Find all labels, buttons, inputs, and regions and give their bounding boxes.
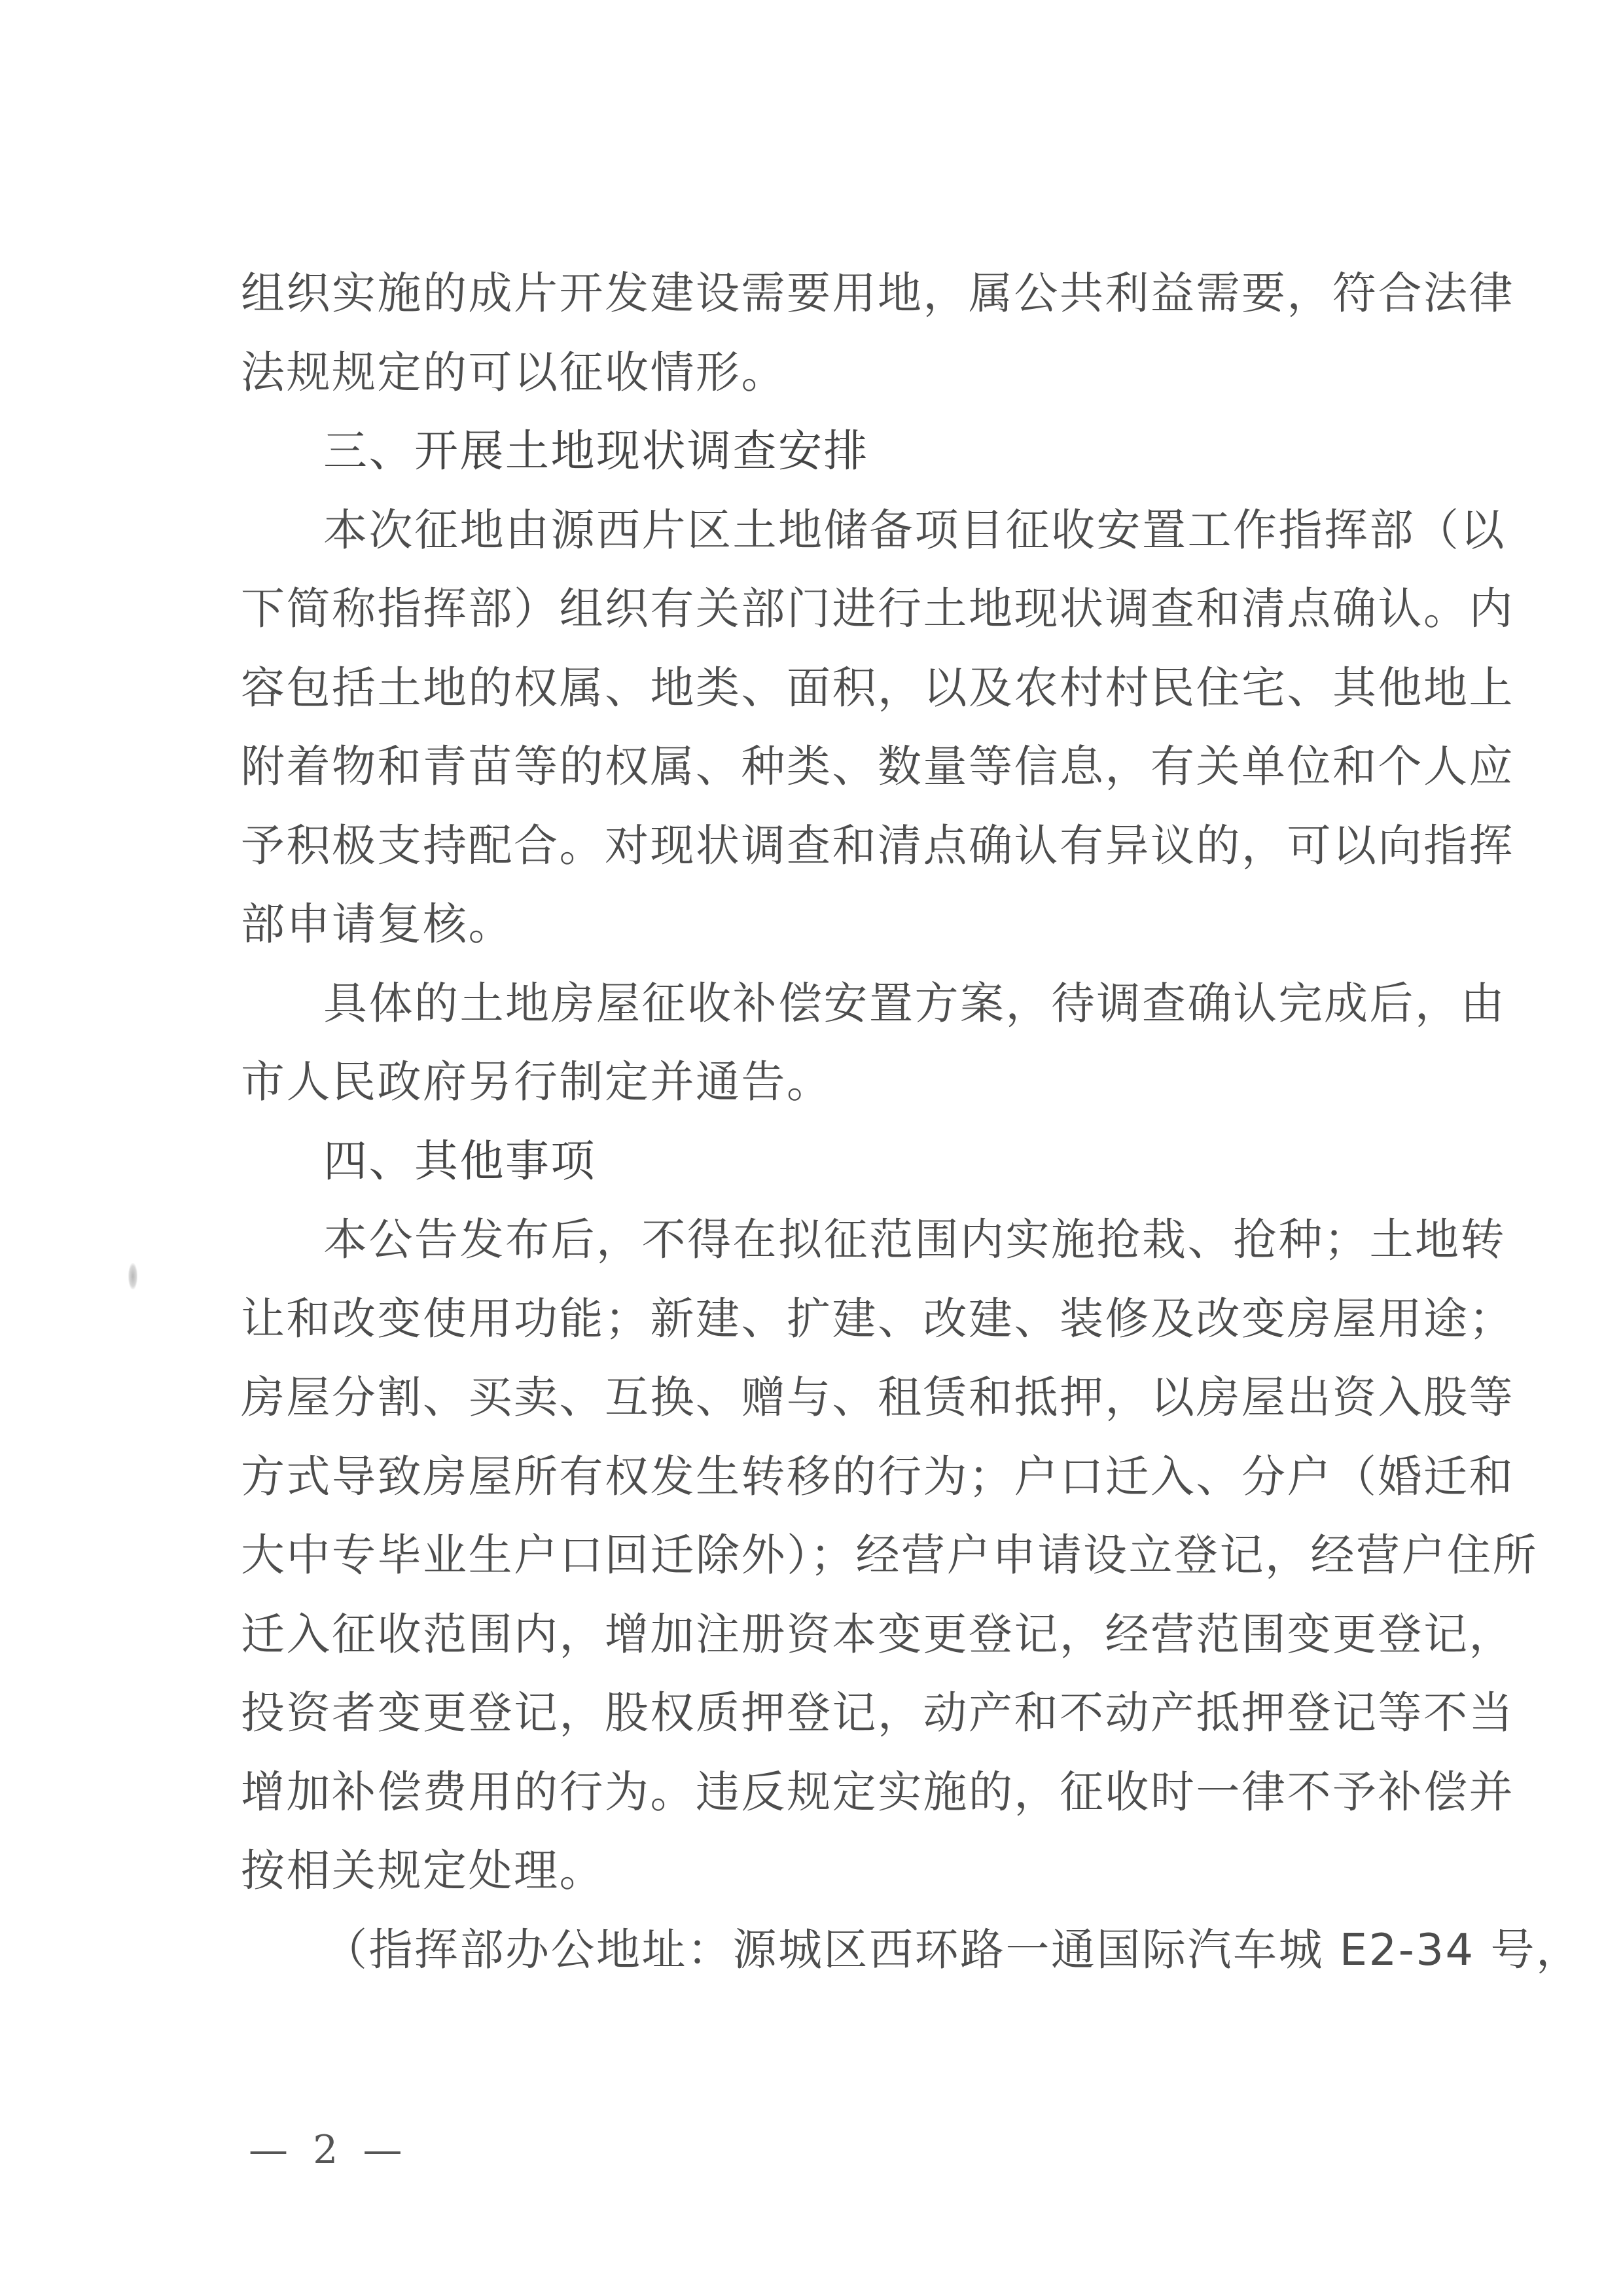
- paragraph-line: 法规规定的可以征收情形。: [241, 333, 1412, 412]
- scan-speck: [128, 1263, 137, 1289]
- paragraph-line: （指挥部办公地址：源城区西环路一通国际汽车城 E2-34 号，: [241, 1910, 1412, 1990]
- paragraph-line: 具体的土地房屋征收补偿安置方案，待调查确认完成后，由: [241, 964, 1412, 1043]
- section-heading-3: 三、开展土地现状调查安排: [241, 412, 1412, 491]
- paragraph-line: 予积极支持配合。对现状调查和清点确认有异议的，可以向指挥: [241, 806, 1412, 886]
- section-heading-4: 四、其他事项: [241, 1122, 1412, 1201]
- paragraph-line: 让和改变使用功能；新建、扩建、改建、装修及改变房屋用途；: [241, 1280, 1412, 1359]
- paragraph-line: 增加补偿费用的行为。违反规定实施的，征收时一律不予补偿并: [241, 1753, 1412, 1832]
- paragraph-line: 方式导致房屋所有权发生转移的行为；户口迁入、分户（婚迁和: [241, 1437, 1412, 1516]
- body-text: 组织实施的成片开发建设需要用地，属公共利益需要，符合法律 法规规定的可以征收情形…: [241, 254, 1412, 1989]
- paragraph-line: 迁入征收范围内，增加注册资本变更登记，经营范围变更登记，: [241, 1595, 1412, 1674]
- paragraph-line: 房屋分割、买卖、互换、赠与、租赁和抵押，以房屋出资入股等: [241, 1358, 1412, 1437]
- paragraph-line: 市人民政府另行制定并通告。: [241, 1043, 1412, 1122]
- page-number: — 2 —: [249, 2127, 402, 2173]
- paragraph-line: 大中专毕业生户口回迁除外）；经营户申请设立登记，经营户住所: [241, 1516, 1412, 1595]
- paragraph-line: 投资者变更登记，股权质押登记，动产和不动产抵押登记等不当: [241, 1674, 1412, 1753]
- paragraph-line: 本公告发布后，不得在拟征范围内实施抢栽、抢种；土地转: [241, 1200, 1412, 1280]
- document-page: 组织实施的成片开发建设需要用地，属公共利益需要，符合法律 法规规定的可以征收情形…: [0, 0, 1623, 2296]
- paragraph-line: 组织实施的成片开发建设需要用地，属公共利益需要，符合法律: [241, 254, 1412, 333]
- paragraph-line: 容包括土地的权属、地类、面积，以及农村村民住宅、其他地上: [241, 649, 1412, 728]
- paragraph-line: 本次征地由源西片区土地储备项目征收安置工作指挥部（以: [241, 491, 1412, 570]
- paragraph-line: 部申请复核。: [241, 885, 1412, 964]
- paragraph-line: 按相关规定处理。: [241, 1831, 1412, 1910]
- paragraph-line: 下简称指挥部）组织有关部门进行土地现状调查和清点确认。内: [241, 569, 1412, 649]
- paragraph-line: 附着物和青苗等的权属、种类、数量等信息，有关单位和个人应: [241, 727, 1412, 806]
